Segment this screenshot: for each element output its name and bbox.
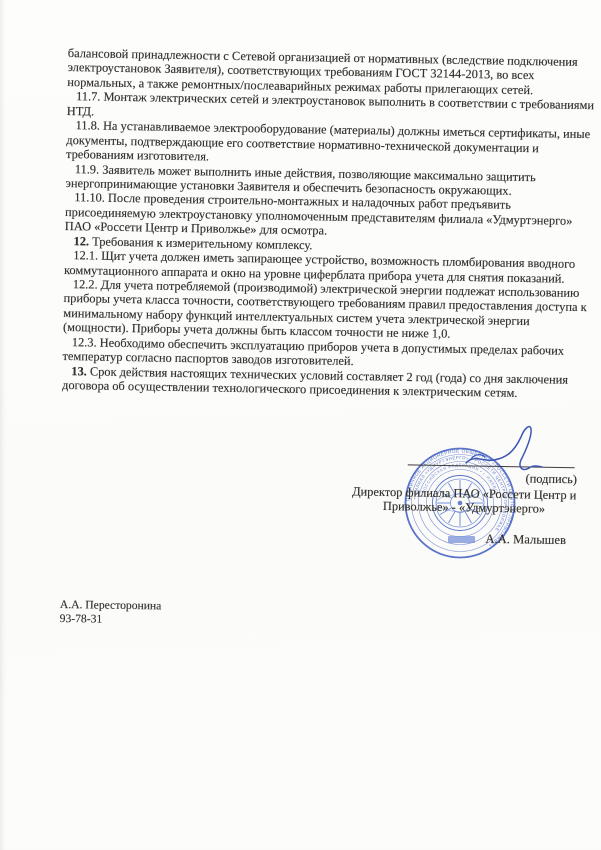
- handwritten-signature: [460, 410, 585, 490]
- scanned-document-page: балансовой принадлежности с Сетевой орга…: [0, 0, 601, 850]
- contact-name: А.А. Пересторонина: [60, 598, 162, 613]
- document-lines: балансовой принадлежности с Сетевой орга…: [62, 46, 583, 401]
- document-body: балансовой принадлежности с Сетевой орга…: [62, 46, 583, 401]
- contact-phone: 93-78-31: [60, 612, 162, 627]
- signer-name: А.А. Малышев: [485, 532, 566, 548]
- footer-contact: А.А. Пересторонина 93-78-31: [60, 598, 162, 627]
